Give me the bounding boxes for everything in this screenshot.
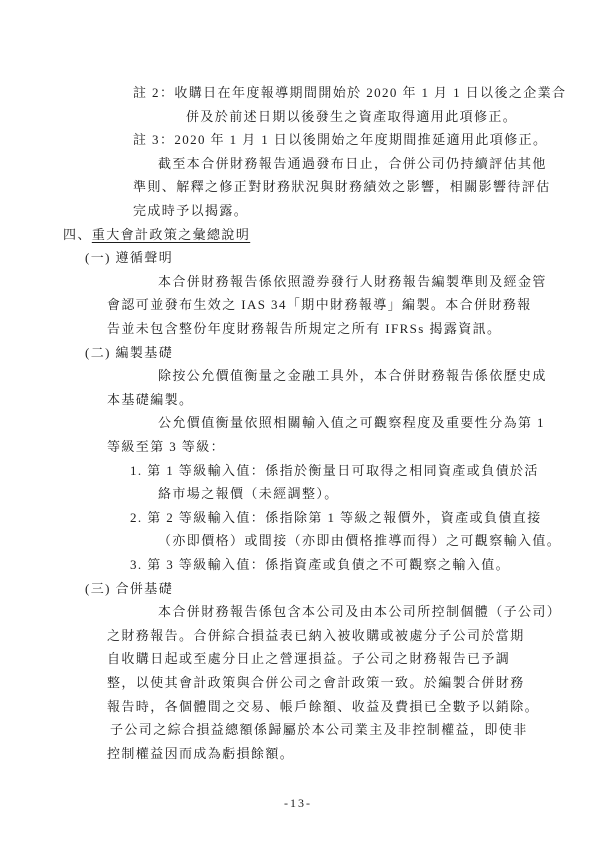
subsection-3-heading: (三) 合併基礎 xyxy=(85,580,173,597)
basis-paragraph-line-2: 本基礎編製。 xyxy=(107,391,193,408)
note-2-line-2: 併及於前述日期以後發生之資產取得適用此項修正。 xyxy=(186,108,517,125)
consolidation-paragraph-line-6: 子公司之綜合損益總額係歸屬於本公司業主及非控制權益，即使非 xyxy=(110,721,528,738)
consolidation-paragraph-line-1: 本合併財務報告係包含本公司及由本公司所控制個體（子公司） xyxy=(158,603,561,620)
consolidation-paragraph-line-7: 控制權益因而成為虧損餘額。 xyxy=(107,745,294,762)
fair-value-paragraph-line-2: 等級至第 3 等級： xyxy=(107,438,225,455)
level-2-item-line-2: （亦即價格）或間接（亦即由價格推導而得）之可觀察輸入值。 xyxy=(158,532,561,549)
section-4-heading: 四、重大會計政策之彙總說明 xyxy=(63,226,250,243)
level-2-item-line-1: 2. 第 2 等級輸入值：係指除第 1 等級之報價外，資產或負債直接 xyxy=(130,509,542,526)
consolidation-paragraph-line-4: 整，以使其會計政策與合併公司之會計政策一致。於編製合併財務 xyxy=(107,674,525,691)
page-number: -13- xyxy=(0,796,596,811)
level-1-item-line-1: 1. 第 1 等級輸入值：係指於衡量日可取得之相同資產或負債於活 xyxy=(130,462,539,479)
consolidation-paragraph-line-2: 之財務報告。合併綜合損益表已納入被收購或被處分子公司於當期 xyxy=(107,627,525,644)
compliance-paragraph-line-1: 本合併財務報告係依照證券發行人財務報告編製準則及經金管 xyxy=(158,273,547,290)
fair-value-paragraph-line-1: 公允價值衡量依照相關輸入值之可觀察程度及重要性分為第 1 xyxy=(158,414,545,431)
heading-title: 重大會計政策之彙總說明 xyxy=(92,227,250,242)
note-3-line: 註 3：2020 年 1 月 1 日以後開始之年度期間推延適用此項修正。 xyxy=(133,131,547,148)
compliance-paragraph-line-3: 告並未包含整份年度財務報告所規定之所有 IFRSs 揭露資訊。 xyxy=(107,320,501,337)
evaluation-paragraph-line-1: 截至本合併財務報告通過發布日止，合併公司仍持續評估其他 xyxy=(158,155,547,172)
document-page: 註 2：收購日在年度報導期間開始於 2020 年 1 月 1 日以後之企業合併及… xyxy=(0,0,596,842)
subsection-2-heading: (二) 編製基礎 xyxy=(85,344,173,361)
compliance-paragraph-line-2: 會認可並發布生效之 IAS 34「期中財務報導」編製。本合併財務報 xyxy=(107,296,532,313)
subsection-1-heading: (一) 遵循聲明 xyxy=(85,249,173,266)
evaluation-paragraph-line-3: 完成時予以揭露。 xyxy=(133,202,248,219)
heading-prefix: 四、 xyxy=(63,227,92,242)
consolidation-paragraph-line-3: 自收購日起或至處分日止之營運損益。子公司之財務報告已予調 xyxy=(107,650,510,667)
basis-paragraph-line-1: 除按公允價值衡量之金融工具外，本合併財務報告係依歷史成 xyxy=(158,367,547,384)
consolidation-paragraph-line-5: 報告時，各個體間之交易、帳戶餘額、收益及費損已全數予以銷除。 xyxy=(107,698,539,715)
level-3-item-line: 3. 第 3 等級輸入值：係指資產或負債之不可觀察之輸入值。 xyxy=(130,556,510,573)
note-2-line-1: 註 2：收購日在年度報導期間開始於 2020 年 1 月 1 日以後之企業合 xyxy=(133,84,566,101)
level-1-item-line-2: 絡市場之報價（未經調整）。 xyxy=(158,485,339,502)
evaluation-paragraph-line-2: 準則、解釋之修正對財務狀況與財務績效之影響，相關影響待評估 xyxy=(133,178,551,195)
